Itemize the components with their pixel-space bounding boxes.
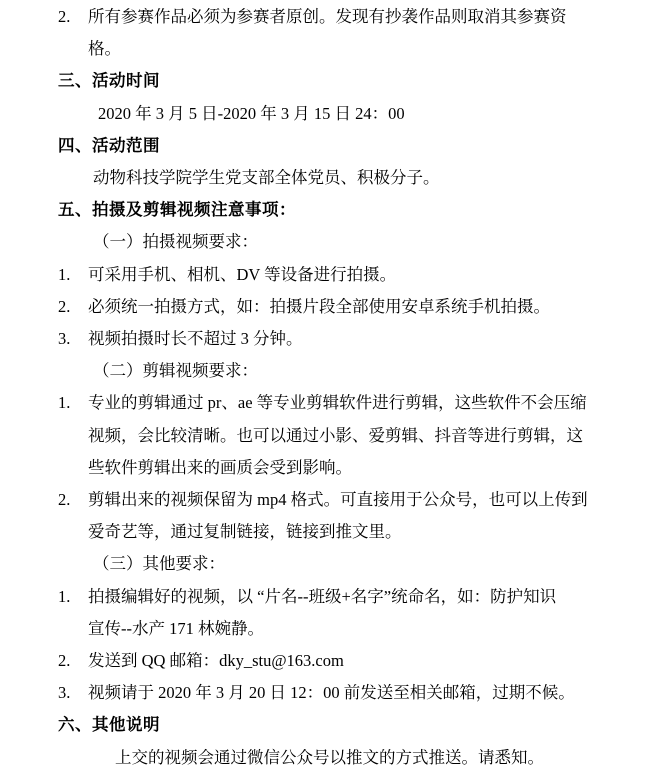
list-item-text: 剪辑出来的视频保留为 mp4 格式。可直接用于公众号，也可以上传到 爱奇艺等，通… [88,484,633,548]
list-item-editing-2: 2. 剪辑出来的视频保留为 mp4 格式。可直接用于公众号，也可以上传到 爱奇艺… [58,484,633,548]
list-item-other-3: 3. 视频请于 2020 年 3 月 20 日 12：00 前发送至相关邮箱，过… [58,677,633,709]
list-number: 2. [58,291,88,323]
heading-other-notes: 六、其他说明 [58,709,633,741]
list-number: 1. [58,387,88,419]
list-item-text: 可采用手机、相机、DV 等设备进行拍摄。 [88,259,633,291]
paragraph-activity-scope: 动物科技学院学生党支部全体党员、积极分子。 [58,162,633,194]
subheading-shooting-requirements: （一）拍摄视频要求： [58,226,633,258]
list-number: 1. [58,581,88,613]
subheading-editing-requirements: （二）剪辑视频要求： [58,355,633,387]
heading-activity-scope: 四、活动范围 [58,130,633,162]
list-item-other-1: 1. 拍摄编辑好的视频，以 “片名--班级+名字”统命名，如：防护知识 宣传--… [58,581,633,645]
document-page: 2. 所有参赛作品必须为参赛者原创。发现有抄袭作品则取消其参赛资 格。 三、活动… [0,0,647,767]
list-item-text: 所有参赛作品必须为参赛者原创。发现有抄袭作品则取消其参赛资 格。 [88,1,633,65]
list-number: 2. [58,1,88,33]
paragraph-other-notes: 上交的视频会通过微信公众号以推文的方式推送。请悉知。 [58,742,633,767]
list-item-text: 视频拍摄时长不超过 3 分钟。 [88,323,633,355]
list-item-text: 发送到 QQ 邮箱：dky_stu@163.com [88,645,633,677]
list-item-editing-1: 1. 专业的剪辑通过 pr、ae 等专业剪辑软件进行剪辑，这些软件不会压缩 视频… [58,387,633,484]
list-item-text: 拍摄编辑好的视频，以 “片名--班级+名字”统命名，如：防护知识 宣传--水产 … [88,581,633,645]
heading-activity-time: 三、活动时间 [58,65,633,97]
list-item-shooting-2: 2. 必须统一拍摄方式，如：拍摄片段全部使用安卓系统手机拍摄。 [58,291,633,323]
list-item-shooting-3: 3. 视频拍摄时长不超过 3 分钟。 [58,323,633,355]
list-number: 2. [58,484,88,516]
subheading-other-requirements: （三）其他要求： [58,548,633,580]
list-number: 2. [58,645,88,677]
list-item-text: 必须统一拍摄方式，如：拍摄片段全部使用安卓系统手机拍摄。 [88,291,633,323]
list-number: 1. [58,259,88,291]
list-item-text: 专业的剪辑通过 pr、ae 等专业剪辑软件进行剪辑，这些软件不会压缩 视频，会比… [88,387,633,484]
list-item-text: 视频请于 2020 年 3 月 20 日 12：00 前发送至相关邮箱，过期不候… [88,677,633,709]
list-number: 3. [58,677,88,709]
list-number: 3. [58,323,88,355]
paragraph-activity-time: 2020 年 3 月 5 日-2020 年 3 月 15 日 24：00 [58,98,633,130]
list-item-other-2: 2. 发送到 QQ 邮箱：dky_stu@163.com [58,645,633,677]
heading-video-notes: 五、拍摄及剪辑视频注意事项： [58,194,633,226]
list-item-shooting-1: 1. 可采用手机、相机、DV 等设备进行拍摄。 [58,259,633,291]
list-item-originality-rule: 2. 所有参赛作品必须为参赛者原创。发现有抄袭作品则取消其参赛资 格。 [58,1,633,65]
